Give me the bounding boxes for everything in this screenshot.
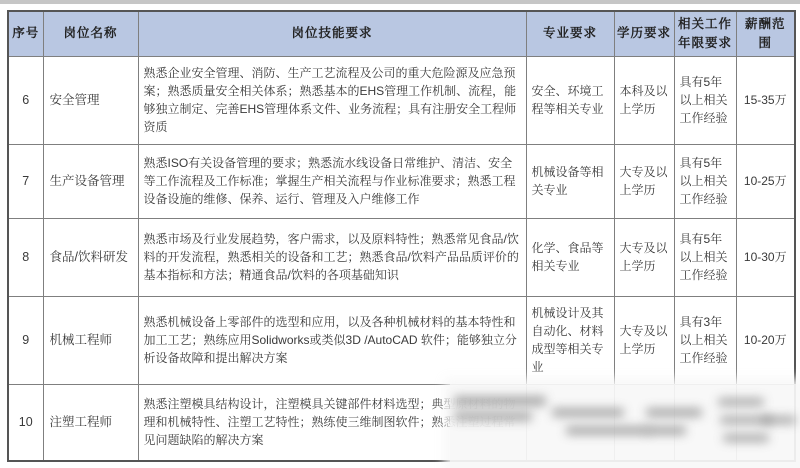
cell-education: 大专及以上学历 [614, 296, 674, 384]
header-no: 序号 [8, 11, 43, 56]
cell-position-name: 安全管理 [43, 56, 138, 144]
cell-no: 7 [8, 144, 43, 218]
table-row: 7 生产设备管理 熟悉ISO有关设备管理的要求；熟悉流水线设备日常维护、清洁、安… [8, 144, 795, 218]
header-position-name: 岗位名称 [43, 11, 138, 56]
table-row: 9 机械工程师 熟悉机械设备上零部件的选型和应用，以及各种机械材料的基本特性和加… [8, 296, 795, 384]
blurred-text-blob [552, 408, 624, 417]
blurred-text-blob [454, 412, 532, 421]
header-education: 学历要求 [614, 11, 674, 56]
cell-education: 大专及以上学历 [614, 144, 674, 218]
cell-major: 化学、食品等相关专业 [526, 218, 614, 296]
cell-position-name: 生产设备管理 [43, 144, 138, 218]
blurred-text-blob [454, 396, 546, 406]
header-skills: 岗位技能要求 [138, 11, 526, 56]
header-experience: 相关工作年限要求 [674, 11, 736, 56]
redacted-blur-region [450, 384, 800, 468]
cell-experience: 具有5年以上相关工作经验 [674, 144, 736, 218]
cell-major: 安全、环境工程等相关专业 [526, 56, 614, 144]
header-row: 序号 岗位名称 岗位技能要求 专业要求 学历要求 相关工作年限要求 薪酬范围 [8, 11, 795, 56]
blurred-text-blob [646, 426, 686, 435]
cell-education: 大专及以上学历 [614, 218, 674, 296]
table-row: 8 食品/饮料研发 熟悉市场及行业发展趋势，客户需求，以及原料特性；熟悉常见食品… [8, 218, 795, 296]
cell-skills: 熟悉机械设备上零部件的选型和应用，以及各种机械材料的基本特性和加工工艺；熟练应用… [138, 296, 526, 384]
cell-experience: 具有5年以上相关工作经验 [674, 56, 736, 144]
window-edge-strip [0, 0, 800, 4]
cell-no: 6 [8, 56, 43, 144]
cell-position-name: 食品/饮料研发 [43, 218, 138, 296]
cell-position-name: 机械工程师 [43, 296, 138, 384]
blurred-text-blob [723, 434, 769, 442]
blurred-text-blob [718, 398, 764, 406]
cell-no: 8 [8, 218, 43, 296]
blurred-text-blob [646, 408, 702, 417]
cell-skills: 熟悉企业安全管理、消防、生产工艺流程及公司的重大危险源及应急预案；熟悉质量安全相… [138, 56, 526, 144]
cell-experience: 具有3年以上相关工作经验 [674, 296, 736, 384]
cell-major: 机械设备等相关专业 [526, 144, 614, 218]
header-major: 专业要求 [526, 11, 614, 56]
cell-major: 机械设计及其自动化、材料成型等相关专业 [526, 296, 614, 384]
cell-salary: 10-25万 [736, 144, 795, 218]
cell-salary: 10-20万 [736, 296, 795, 384]
table-row: 6 安全管理 熟悉企业安全管理、消防、生产工艺流程及公司的重大危险源及应急预案；… [8, 56, 795, 144]
cell-skills: 熟悉ISO有关设备管理的要求；熟悉流水线设备日常维护、清洁、安全等工作流程及工作… [138, 144, 526, 218]
blurred-text-blob [566, 426, 650, 435]
cell-education: 本科及以上学历 [614, 56, 674, 144]
cell-experience: 具有5年以上相关工作经验 [674, 218, 736, 296]
cell-no: 10 [8, 384, 43, 461]
header-salary: 薪酬范围 [736, 11, 795, 56]
cell-salary: 10-30万 [736, 218, 795, 296]
cell-salary: 15-35万 [736, 56, 795, 144]
blurred-text-blob [762, 416, 796, 424]
cell-no: 9 [8, 296, 43, 384]
cell-skills: 熟悉市场及行业发展趋势，客户需求，以及原料特性；熟悉常见食品/饮料的开发流程，熟… [138, 218, 526, 296]
cell-position-name: 注塑工程师 [43, 384, 138, 461]
